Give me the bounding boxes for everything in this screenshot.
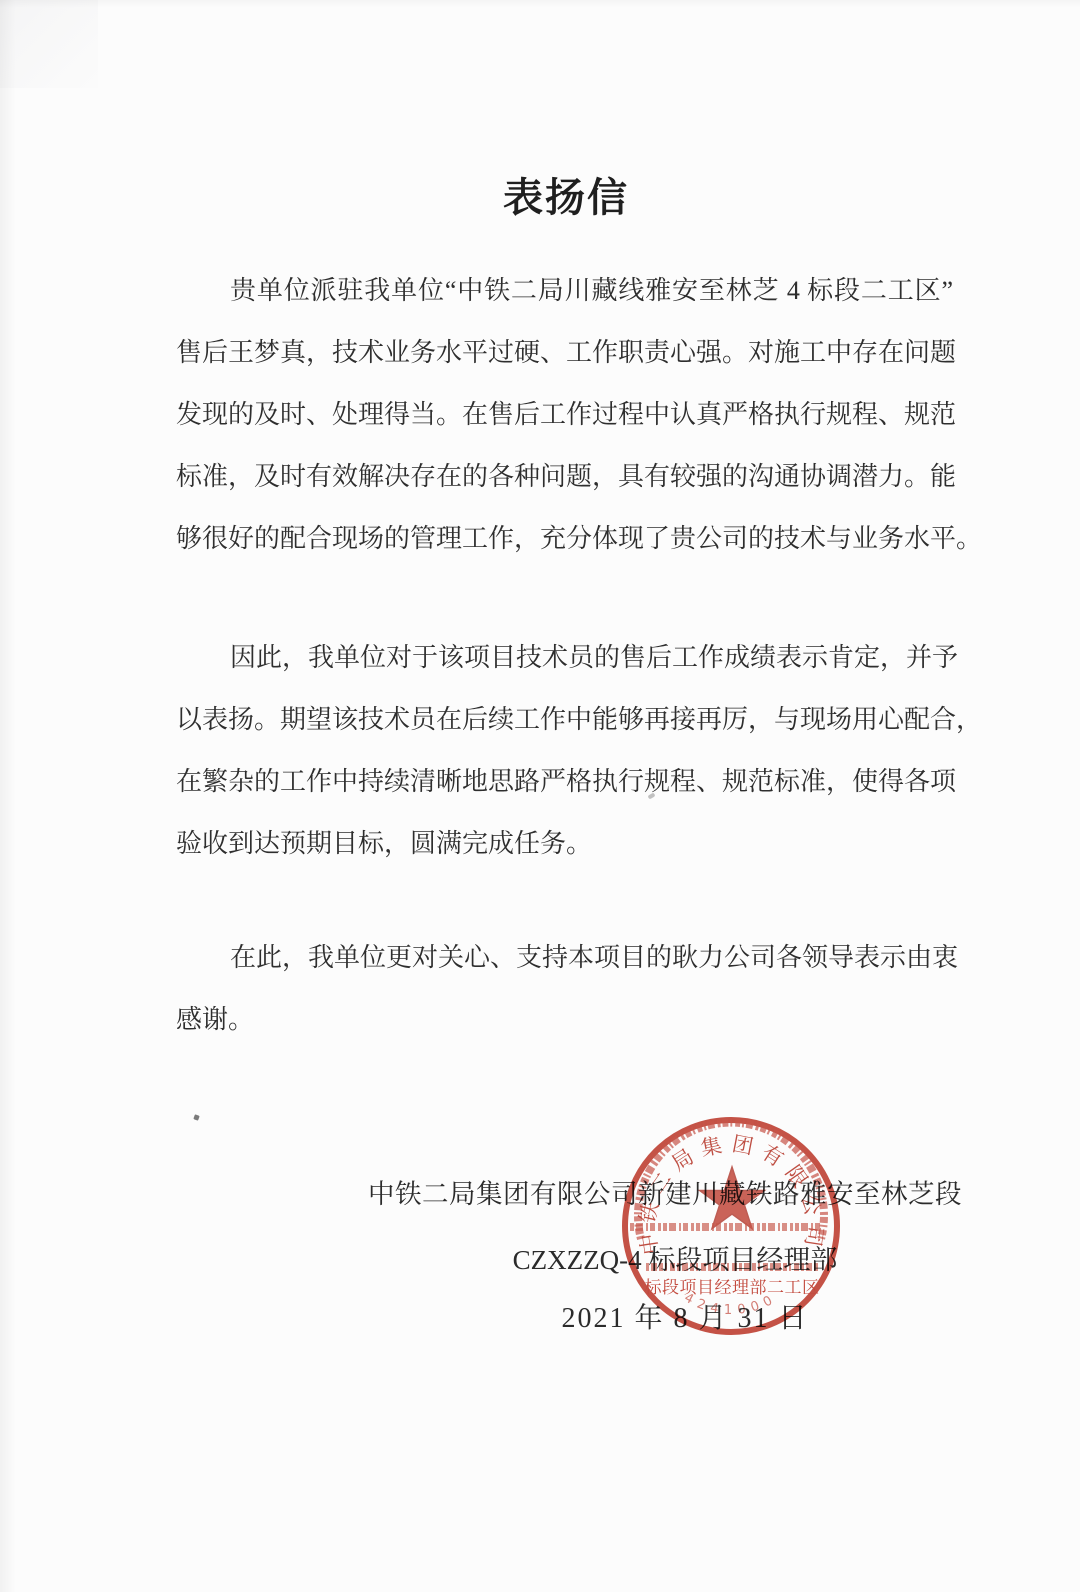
page-title: 表扬信 [52,166,1080,223]
official-seal: 中铁二局集团有限公司 标段项目经理部二工区 4241000 [614,1109,850,1345]
star-icon [700,1167,765,1229]
text-line: 以表扬。期望该技术员在后续工作中能够再接再厉，与现场用心配合， [176,689,953,751]
paragraph-3: 在此，我单位更对关心、支持本项目的耿力公司各领导表示由衷 感谢。 [176,927,953,1051]
scan-edge-shade-top [0,0,1080,8]
text-line: 发现的及时、处理得当。在售后工作过程中认真严格执行规程、规范 [176,384,953,446]
text-line: 验收到达预期目标，圆满完成任务。 [176,813,953,875]
seal-center-label: 标段项目经理部二工区 [645,1278,820,1297]
text-line: 在繁杂的工作中持续清晰地思路严格执行规程、规范标准，使得各项 [176,751,953,813]
text-line: 感谢。 [176,989,953,1051]
text-line: 标准，及时有效解决存在的各种问题，具有较强的沟通协调潜力。能 [176,446,953,508]
paragraph-2: 因此，我单位对于该项目技术员的售后工作成绩表示肯定，并予 以表扬。期望该技术员在… [176,627,953,875]
scan-speck [193,1114,199,1120]
text-line: 贵单位派驻我单位“中铁二局川藏线雅安至林芝 4 标段二工区” [176,260,953,322]
letter-page: 表扬信 贵单位派驻我单位“中铁二局川藏线雅安至林芝 4 标段二工区” 售后王梦真… [0,0,1080,1592]
scan-edge-shade [0,0,16,1592]
text-line: 售后王梦真，技术业务水平过硬、工作职责心强。对施工中存在问题 [176,322,953,384]
paragraph-1: 贵单位派驻我单位“中铁二局川藏线雅安至林芝 4 标段二工区” 售后王梦真，技术业… [176,260,953,570]
text-line: 够很好的配合现场的管理工作，充分体现了贵公司的技术与业务水平。 [176,508,953,570]
text-line: 在此，我单位更对关心、支持本项目的耿力公司各领导表示由衷 [176,927,953,989]
text-line: 因此，我单位对于该项目技术员的售后工作成绩表示肯定，并予 [176,627,953,689]
